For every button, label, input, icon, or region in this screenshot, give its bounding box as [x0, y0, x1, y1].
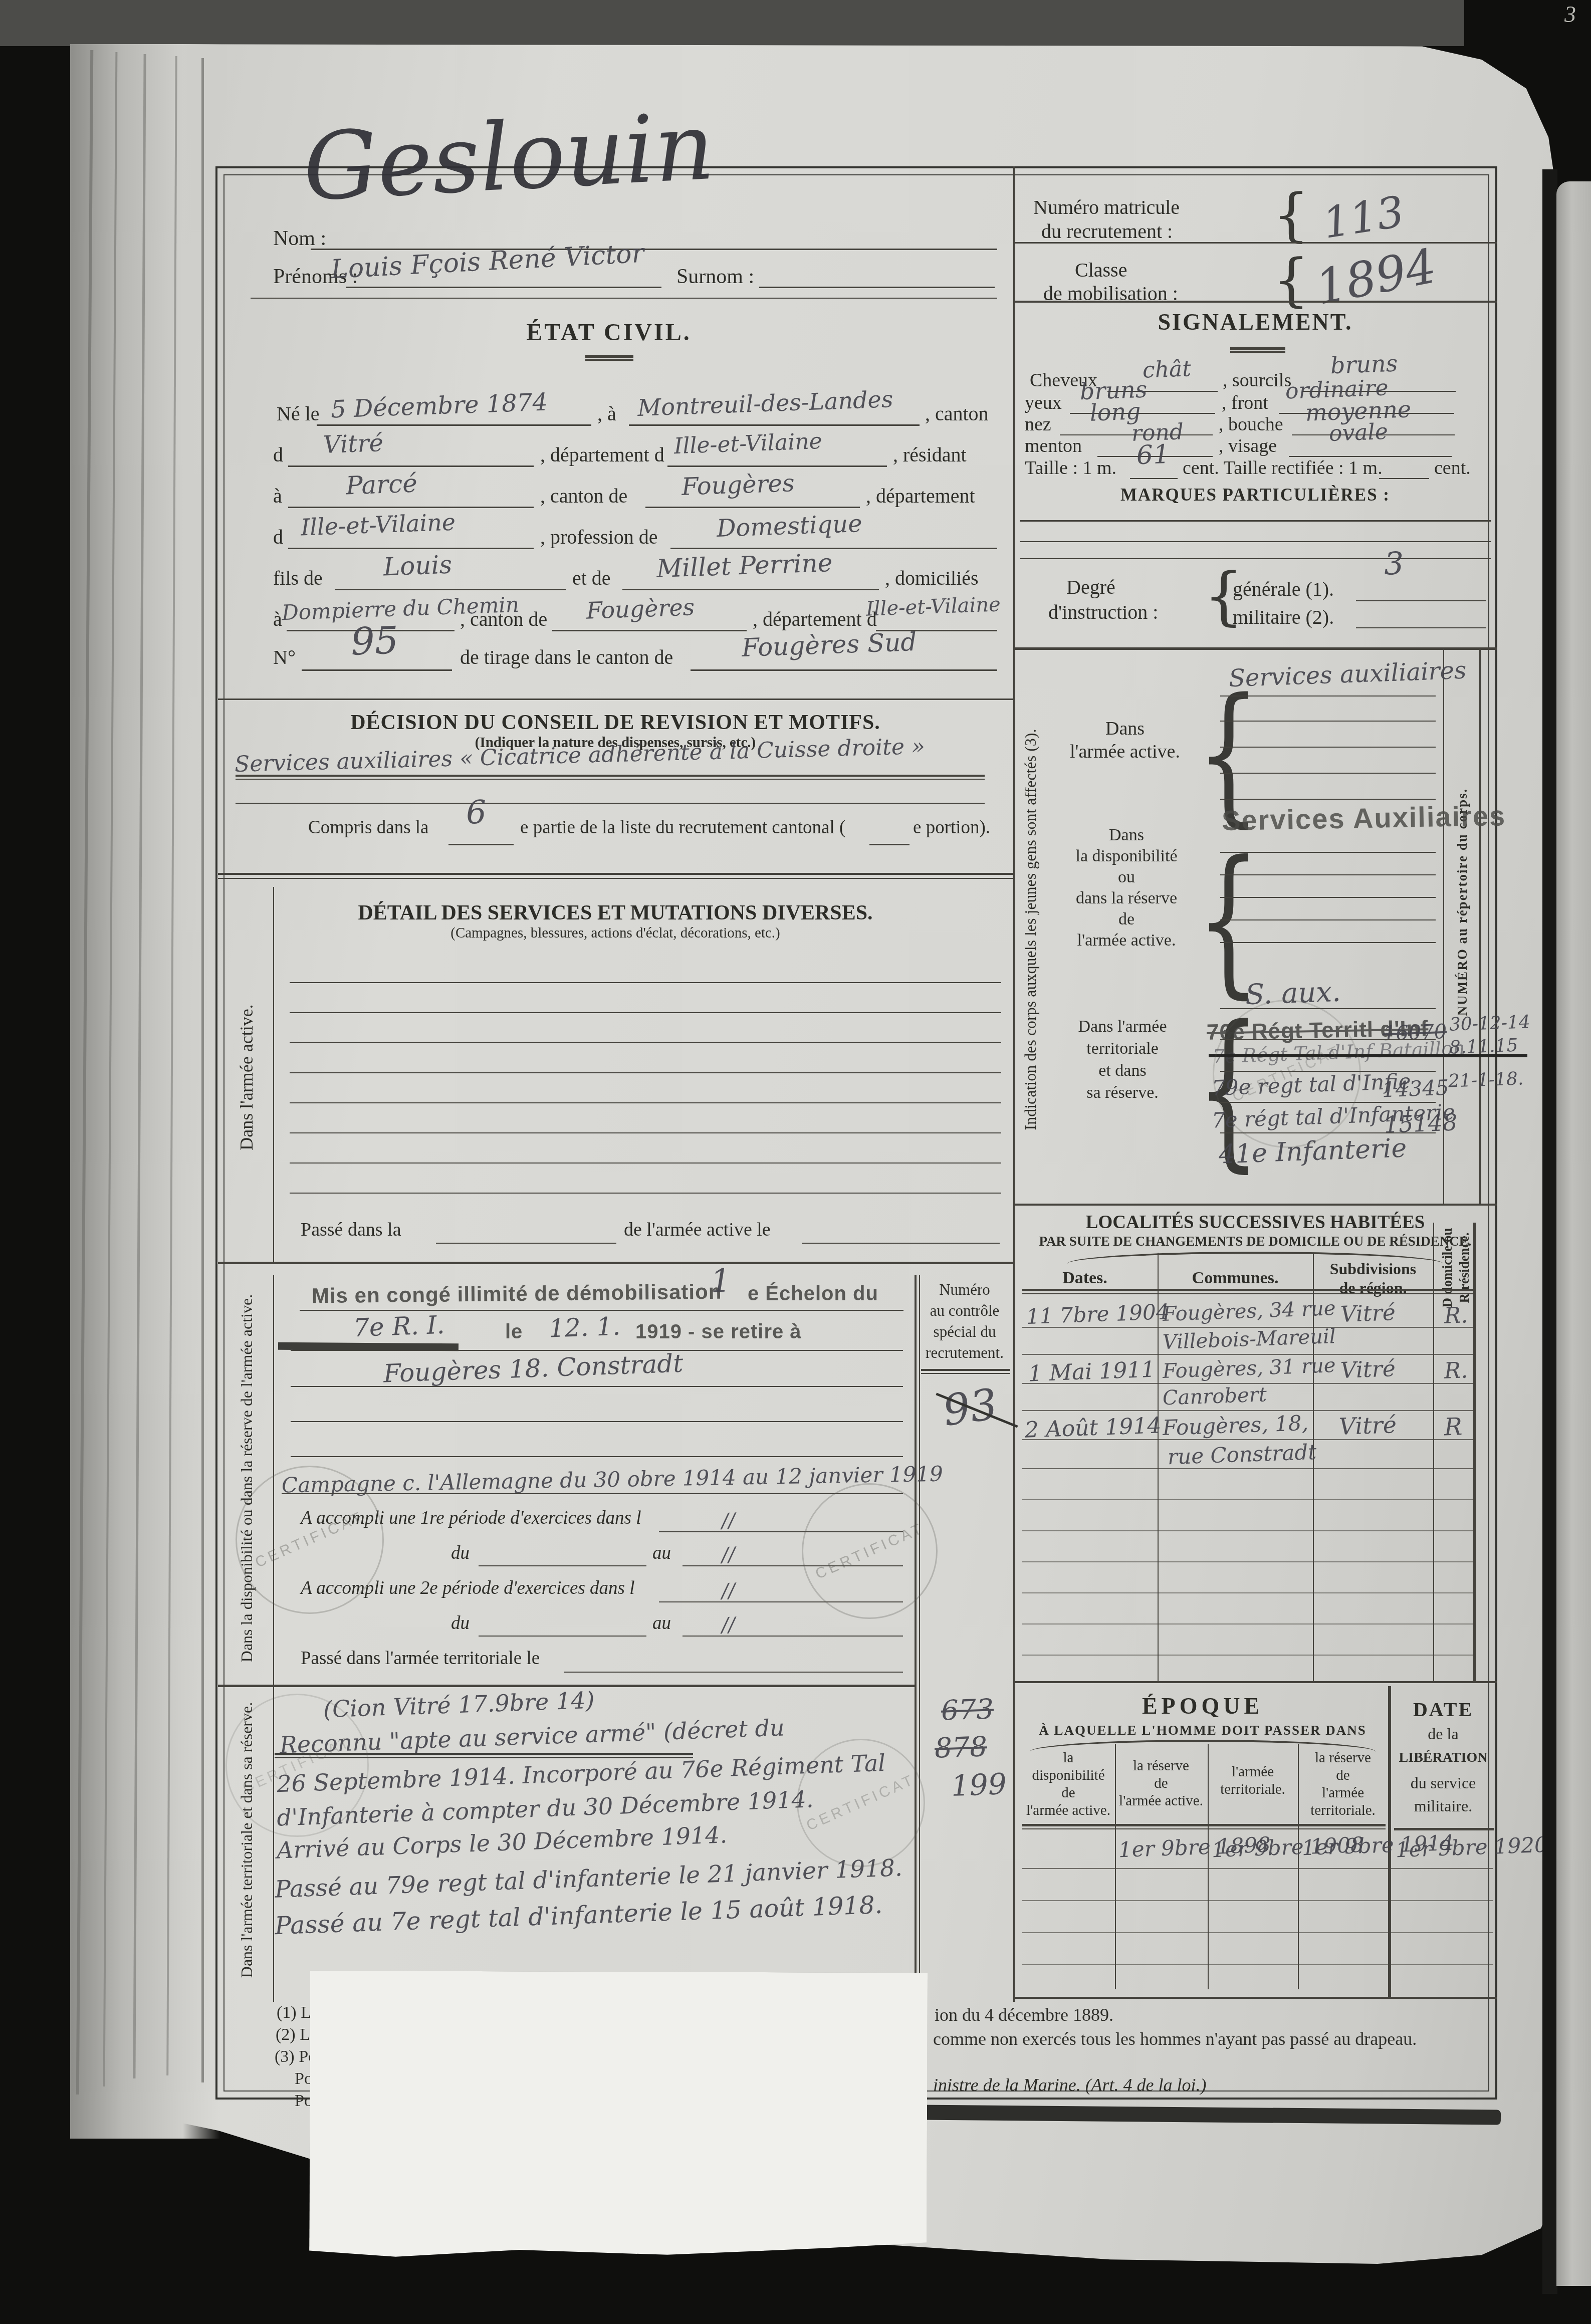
round-stamp-text: CERTIFICAT — [253, 1508, 367, 1571]
col-dates: Dates. — [1062, 1269, 1107, 1288]
rule-line — [1020, 520, 1491, 522]
tirage-no-label: N° — [273, 645, 296, 669]
margin-number: 878 — [934, 1730, 988, 1764]
adjacent-page-edge — [1556, 181, 1591, 2286]
epoque-date-col: militaire. — [1414, 1797, 1472, 1815]
departement-value: Ille-et-Vilaine — [865, 593, 1001, 620]
nez-label: nez — [1025, 413, 1051, 435]
round-stamp: CERTIFICAT — [236, 1466, 384, 1614]
row-rule — [1022, 1592, 1473, 1593]
header-rule — [921, 1369, 1010, 1371]
corps-dispo-label: la disponibilité — [1075, 847, 1177, 866]
ditto-mark: // — [721, 1613, 736, 1637]
localite-subdivision: Vitré — [1338, 1411, 1397, 1440]
blank-line — [290, 1102, 1001, 1103]
epoque-col4: de — [1336, 1767, 1349, 1784]
controle-label: Numéro — [939, 1281, 990, 1299]
bouche-label: , bouche — [1219, 413, 1283, 435]
rule-line — [1013, 301, 1497, 303]
departement-label: , département d — [540, 443, 664, 467]
rule-line — [288, 548, 534, 549]
blank-line — [290, 1193, 1001, 1194]
epoque-col1: disponibilité — [1032, 1767, 1105, 1784]
rule-line — [1220, 897, 1436, 898]
epoque-divider — [1115, 1744, 1116, 1989]
brace-glyph: { — [1273, 247, 1309, 314]
rule-line — [1020, 558, 1491, 559]
rule-line — [236, 775, 985, 777]
localite-subdivision: Vitré — [1340, 1356, 1396, 1383]
classe-label: Classe — [1075, 258, 1127, 282]
epoque-col3: territoriale. — [1220, 1781, 1285, 1798]
canton-label: , canton de — [540, 484, 627, 508]
domicilies-label: , domiciliés — [885, 566, 979, 590]
au-label: au — [652, 1612, 671, 1634]
row-rule — [1022, 1410, 1473, 1411]
rule-line — [1220, 919, 1436, 920]
blank-line — [290, 1072, 1001, 1073]
rule-line — [552, 630, 747, 631]
rule-line — [300, 1310, 903, 1311]
demob-unit-value: 7e R. I. — [353, 1310, 445, 1342]
profession-value: Domestique — [716, 510, 862, 543]
round-stamp-text: CERTIFICAT — [1230, 1042, 1344, 1105]
rule-line — [302, 669, 452, 671]
rule-line — [1379, 478, 1429, 479]
page-gap — [1542, 169, 1557, 2294]
blank-line — [291, 1421, 903, 1422]
row-rule — [1022, 1561, 1473, 1562]
rule-line — [282, 1493, 903, 1494]
marques-label: MARQUES PARTICULIÈRES : — [1120, 485, 1390, 505]
side-strip-line — [273, 887, 274, 1262]
localite-subdivision: Vitré — [1340, 1300, 1396, 1327]
localite-commune: Fougères, 18, — [1162, 1411, 1308, 1440]
corps-terr-label: territoriale — [1086, 1039, 1158, 1058]
visage-value: ovale — [1328, 419, 1388, 446]
a-label: , à — [597, 402, 616, 425]
row-rule — [1022, 1900, 1493, 1901]
rule-line — [564, 1672, 903, 1673]
rule-line — [802, 1243, 1000, 1244]
localites-subtitle: PAR SUITE DE CHANGEMENTS DE DOMICILE OU … — [1039, 1234, 1472, 1249]
row-rule — [1022, 1468, 1473, 1469]
header-rule — [1022, 1293, 1473, 1294]
departement-label: , département — [866, 484, 975, 508]
taille-label2: cent. Taille rectifiée : 1 m. — [1183, 457, 1383, 479]
col-communes: Communes. — [1192, 1269, 1279, 1288]
row-rule — [1022, 1354, 1473, 1355]
echelon-value: 1 — [710, 1262, 732, 1300]
taille-value: 61 — [1136, 439, 1170, 471]
row-rule — [1022, 1623, 1473, 1624]
corps-side-label: Indication des corps auxquels les jeunes… — [1021, 729, 1040, 1130]
rule-line — [629, 424, 920, 426]
corps-dispo-label: dans la réserve — [1076, 889, 1177, 908]
localite-date: 2 Août 1914 — [1024, 1413, 1162, 1443]
epoque-date-col: de la — [1428, 1725, 1458, 1743]
ditto-mark: // — [721, 1579, 736, 1603]
demob-stamp3: 1919 - se retire à — [635, 1321, 802, 1343]
localite-date: 1 Mai 1911 — [1028, 1357, 1156, 1387]
col-dr-label: D domicile ou — [1440, 1228, 1455, 1308]
section-rule — [218, 1262, 1013, 1264]
rule-line — [622, 589, 879, 590]
detail-title: DÉTAIL DES SERVICES ET MUTATIONS DIVERSE… — [358, 901, 872, 925]
corps-active-label2: l'armée active. — [1070, 741, 1180, 763]
header-rule — [1022, 1824, 1386, 1826]
row-rule — [1022, 1655, 1473, 1656]
decision-title: DÉCISION DU CONSEIL DE REVISION ET MOTIF… — [350, 711, 880, 735]
au-label: au — [652, 1542, 671, 1564]
round-stamp-text: CERTIFICAT — [240, 1734, 354, 1797]
canton-value: Vitré — [323, 429, 384, 459]
controle-divider2 — [919, 1275, 920, 2002]
ditto-mark: // — [721, 1543, 736, 1567]
demob-stamp2: e Échelon du — [748, 1283, 878, 1305]
demob-stamp: Mis en congé illimité de démobilisation — [312, 1280, 722, 1308]
compris-label: Compris dans la — [308, 817, 428, 838]
rule-line — [1220, 942, 1436, 943]
section-rule — [218, 878, 1013, 879]
departement-value: Ille-et-Vilaine — [300, 509, 456, 541]
header-rule — [1022, 1828, 1386, 1829]
rule-line — [317, 424, 591, 426]
profession-label: , profession de — [540, 525, 657, 549]
round-stamp: CERTIFICAT — [797, 1739, 925, 1867]
row-rule — [1022, 1499, 1473, 1500]
epoque-col1: de — [1061, 1785, 1075, 1801]
pere-value: Louis — [383, 550, 452, 582]
rule-line — [236, 803, 985, 804]
footnote-right: ion du 4 décembre 1889. — [935, 2004, 1113, 2025]
rule-line — [1220, 773, 1436, 774]
rule-line — [479, 1636, 646, 1637]
tirage-canton-value: Fougères Sud — [741, 627, 917, 662]
demob-stamp-le: le — [505, 1321, 523, 1343]
epoque-title: ÉPOQUE — [1142, 1693, 1263, 1719]
epoque-divider — [1208, 1744, 1209, 1989]
blank-line — [290, 1132, 1001, 1133]
departement-value: Ille-et-Vilaine — [673, 428, 822, 459]
canton-label: , canton de — [460, 607, 547, 631]
rule-line — [291, 1386, 903, 1387]
col-subdivisions: Subdivisions — [1330, 1260, 1417, 1278]
a-label: à — [273, 607, 282, 631]
sourcils-label: , sourcils — [1223, 369, 1291, 391]
section-rule — [218, 1685, 915, 1687]
rule-line — [1130, 478, 1178, 479]
epoque-col3: l'armée — [1232, 1764, 1274, 1780]
epoque-subtitle: À LAQUELLE L'HOMME DOIT PASSER DANS — [1039, 1723, 1366, 1738]
rule-line — [667, 466, 887, 467]
epoque-col1: la — [1063, 1750, 1074, 1766]
rule-line — [1220, 747, 1436, 748]
blank-line — [291, 1456, 903, 1457]
localite-commune2: Canrobert — [1162, 1383, 1267, 1410]
epoque-col2: la réserve — [1133, 1758, 1189, 1774]
rule-line — [1356, 600, 1486, 601]
d-label: d — [273, 525, 283, 549]
degre-generale-label: générale (1). — [1233, 577, 1334, 601]
rule-line — [1220, 874, 1436, 875]
col-subdivisions2: de région. — [1339, 1279, 1407, 1297]
header-rule — [1394, 1828, 1494, 1830]
row-rule — [1022, 1932, 1493, 1933]
sourcils-value: bruns — [1330, 350, 1398, 379]
fils-de-label: fils de — [273, 566, 323, 590]
mutation-date: 21-1-18. — [1448, 1068, 1524, 1091]
rule-line — [346, 287, 661, 288]
detail-subtitle: (Campagnes, blessures, actions d'éclat, … — [450, 925, 780, 942]
mere-value: Millet Perrine — [656, 548, 833, 583]
rule-line — [1356, 627, 1486, 628]
table-divider — [1433, 1223, 1434, 1681]
compris-label2: e partie de la liste du recrutement cant… — [520, 817, 845, 838]
departement-label: , département d — [753, 607, 877, 631]
column-divider — [1013, 166, 1015, 2002]
rule-line — [236, 779, 985, 780]
blank-line — [290, 1042, 1001, 1043]
rule-line — [1220, 721, 1436, 722]
section-rule — [218, 699, 1013, 700]
corner-mark: 3 — [1564, 1, 1576, 28]
taille-label: Taille : 1 m. — [1025, 457, 1116, 479]
matricule-label2: du recrutement : — [1041, 219, 1173, 243]
scanned-register-page: 3 Geslouin Nom : Prénoms : Louis Fçois R… — [0, 0, 1591, 2324]
rule-line — [288, 507, 534, 508]
rule-line — [436, 1243, 616, 1244]
yeux-label: yeux — [1025, 392, 1062, 414]
rule-line — [670, 548, 997, 549]
corps-dispo-label: l'armée active. — [1077, 931, 1176, 950]
section-rule — [1013, 647, 1497, 650]
rule-line — [311, 249, 997, 250]
passe-terr-label: Passé dans l'armée territoriale le — [301, 1648, 540, 1669]
epoque-col4: territoriale. — [1310, 1802, 1376, 1819]
du-label: du — [451, 1612, 470, 1634]
rule-line — [691, 669, 997, 671]
degre-label: Degré — [1066, 575, 1115, 599]
corps-terr-label: sa réserve. — [1086, 1083, 1158, 1102]
mutation-date: 30-12-14 — [1449, 1012, 1530, 1035]
demob-date-value: 12. 1. — [548, 1312, 621, 1343]
cheveux-value: chât — [1142, 356, 1192, 383]
residant-label: , résidant — [893, 443, 967, 467]
regiment-number: 14345 — [1382, 1075, 1449, 1102]
du-label: du — [451, 1542, 470, 1564]
visage-label: , visage — [1219, 435, 1277, 457]
d-label: d — [273, 443, 283, 467]
compris-label3: e portion). — [913, 817, 990, 838]
front-label: , front — [1222, 392, 1268, 414]
passe-active-label: Passé dans la — [301, 1219, 401, 1241]
rule-line — [251, 298, 997, 299]
rule-line — [448, 844, 514, 845]
brace-glyph: { — [1273, 181, 1309, 249]
localite-date: 11 7bre 1904 — [1026, 1299, 1170, 1329]
round-stamp: CERTIFICAT — [802, 1483, 938, 1619]
section-rule — [1013, 1681, 1497, 1683]
header-rule — [921, 1373, 1010, 1374]
epoque-col4: l'armée — [1322, 1785, 1364, 1801]
paper-slip-overlay — [309, 1971, 928, 2266]
footnote-right: comme non exercés tous les hommes n'ayan… — [933, 2028, 1417, 2049]
corps-active-label: Dans — [1105, 718, 1145, 740]
epoque-col2: l'armée active. — [1119, 1793, 1203, 1809]
rule-line — [869, 844, 910, 845]
controle-label: au contrôle — [930, 1302, 1000, 1320]
rule-line — [288, 466, 534, 467]
section-rule — [1013, 1204, 1497, 1206]
col-dr-label2: R résidence. — [1457, 1233, 1472, 1303]
side-strip-line — [273, 1275, 274, 2002]
ditto-mark: // — [721, 1509, 736, 1533]
detail-side-label: Dans l'armée active. — [236, 1004, 257, 1150]
a-label: à — [273, 484, 282, 508]
section-rule — [218, 873, 1013, 875]
round-stamp: CERTIFICAT — [1213, 1000, 1361, 1148]
margin-number: 199 — [951, 1767, 1007, 1803]
canton-value: Fougères — [586, 593, 695, 624]
page-edge-line — [201, 58, 204, 2082]
degre-generale-value: 3 — [1384, 545, 1405, 582]
blank-line — [290, 1163, 1001, 1164]
rule-line — [479, 1565, 646, 1566]
rule-line — [683, 1636, 903, 1637]
taille-label3: cent. — [1434, 457, 1471, 479]
row-rule — [1022, 1868, 1493, 1869]
epoque-col4: la réserve — [1315, 1750, 1371, 1766]
canton-value: Fougères — [681, 469, 795, 501]
localites-title: LOCALITÉS SUCCESSIVES HABITÉES — [1086, 1212, 1425, 1233]
table-divider-heavy — [1473, 1223, 1476, 1681]
degre-label2: d'instruction : — [1048, 600, 1158, 624]
epoque-col1: l'armée active. — [1026, 1802, 1110, 1819]
controle-label: recrutement. — [926, 1344, 1004, 1362]
title-mark — [585, 359, 633, 361]
localite-commune2: rue Constradt — [1167, 1440, 1317, 1469]
rule-line — [1220, 799, 1436, 800]
table-bottom-rule — [1013, 1997, 1497, 1999]
tirage-no-value: 95 — [350, 618, 399, 663]
et-de-label: et de — [572, 566, 611, 590]
epoque-date-col: DATE — [1413, 1698, 1473, 1721]
canton-label: , canton — [925, 402, 989, 425]
degre-militaire-label: militaire (2). — [1233, 605, 1334, 629]
controle-divider — [915, 1275, 917, 2002]
services-auxiliaires-stamp: Services Auxiliaires — [1221, 799, 1506, 837]
localite-dr: R. — [1444, 1357, 1468, 1384]
epoque-col2: de — [1154, 1775, 1168, 1792]
title-mark — [1230, 347, 1285, 350]
demob-side-label: Dans la disponibilité ou dans la réserve… — [238, 1294, 256, 1662]
margin-number: 673 — [941, 1693, 994, 1727]
blank-line — [290, 982, 1001, 983]
epoque-date-col: du service — [1411, 1774, 1476, 1792]
localite-dr: R — [1444, 1413, 1463, 1441]
compris-value: 6 — [466, 794, 487, 831]
rule-line — [1220, 695, 1436, 696]
round-stamp-text: CERTIFICAT — [813, 1519, 927, 1582]
title-mark — [1230, 351, 1285, 353]
rule-line — [1220, 852, 1436, 853]
ne-le-label: Né le — [277, 402, 320, 425]
passe-active-label2: de l'armée active le — [624, 1219, 771, 1241]
epoque-divider — [1298, 1744, 1299, 1989]
corps-terr-label: et dans — [1098, 1061, 1146, 1080]
title-mark — [585, 355, 633, 358]
localite-dr: R. — [1444, 1302, 1468, 1329]
repertoire-divider2 — [1479, 650, 1481, 1204]
etat-civil-title: ÉTAT CIVIL. — [526, 319, 691, 346]
page-curl — [70, 44, 220, 2139]
rule-line — [1020, 541, 1491, 542]
signalement-title: SIGNALEMENT. — [1158, 309, 1352, 335]
menton-label: menton — [1025, 435, 1082, 457]
rule-line — [645, 507, 860, 508]
tirage-text: de tirage dans le canton de — [460, 645, 673, 669]
corps-dispo-label: de — [1118, 910, 1134, 929]
blank-line — [290, 1012, 1001, 1013]
nom-handwritten: Geslouin — [301, 92, 717, 222]
round-stamp-text: CERTIFICAT — [804, 1771, 918, 1834]
nom-label: Nom : — [273, 226, 326, 251]
residence-value: Parcé — [345, 469, 418, 501]
corps-dispo-label: ou — [1118, 868, 1135, 887]
surnom-label: Surnom : — [676, 265, 754, 289]
rule-line — [759, 287, 995, 288]
footnote-right: inistre de la Marine. (Art. 4 de la loi.… — [933, 2074, 1207, 2096]
matricule-label: Numéro matricule — [1033, 195, 1180, 219]
rule-line — [291, 1350, 903, 1351]
row-rule — [1022, 1530, 1473, 1531]
round-stamp: CERTIFICAT — [225, 1694, 369, 1837]
row-rule — [1022, 1964, 1493, 1965]
corps-dispo-label: Dans — [1109, 826, 1144, 845]
controle-label: spécial du — [934, 1323, 996, 1341]
row-rule — [1022, 1439, 1473, 1440]
epoque-date-col: LIBÉRATION — [1399, 1750, 1488, 1766]
header-rule — [1022, 1289, 1473, 1291]
corps-terr-label: Dans l'armée — [1078, 1017, 1167, 1036]
rule-line — [335, 589, 566, 590]
scan-top-strip — [0, 0, 1464, 46]
